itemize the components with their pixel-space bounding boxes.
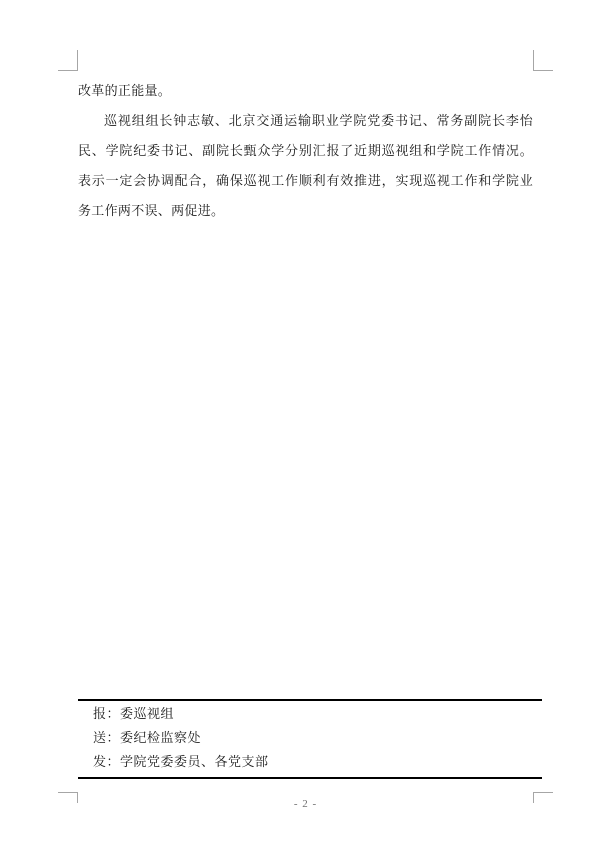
distribution-block: 报：委巡视组 送：委纪检监察处 发：学院党委委员、各党支部 bbox=[78, 699, 542, 779]
document-page: 改革的正能量。 巡视组组长钟志敏、北京交通运输职业学院党委书记、常务副院长李怡 … bbox=[0, 0, 612, 865]
crop-mark-top-left-icon bbox=[58, 50, 78, 71]
distribution-send-line: 送：委纪检监察处 bbox=[93, 726, 542, 750]
distribution-report-line: 报：委巡视组 bbox=[93, 702, 542, 726]
paragraph-line: 表示一定会协调配合，确保巡视工作顺利有效推进，实现巡视工作和学院业 bbox=[78, 166, 533, 196]
crop-mark-bottom-right-icon bbox=[533, 792, 553, 803]
crop-mark-top-right-icon bbox=[533, 50, 553, 71]
page-number: - 2 - bbox=[78, 798, 533, 810]
document-body: 改革的正能量。 巡视组组长钟志敏、北京交通运输职业学院党委书记、常务副院长李怡 … bbox=[78, 76, 533, 226]
crop-mark-bottom-left-icon bbox=[58, 792, 78, 803]
paragraph-line: 巡视组组长钟志敏、北京交通运输职业学院党委书记、常务副院长李怡 bbox=[78, 106, 533, 136]
distribution-issue-line: 发：学院党委委员、各党支部 bbox=[93, 750, 542, 774]
paragraph-end-line: 改革的正能量。 bbox=[78, 76, 533, 106]
paragraph-line: 民、学院纪委书记、副院长甄众学分别汇报了近期巡视组和学院工作情况。 bbox=[78, 136, 533, 166]
paragraph-last-line: 务工作两不误、两促进。 bbox=[78, 196, 533, 226]
